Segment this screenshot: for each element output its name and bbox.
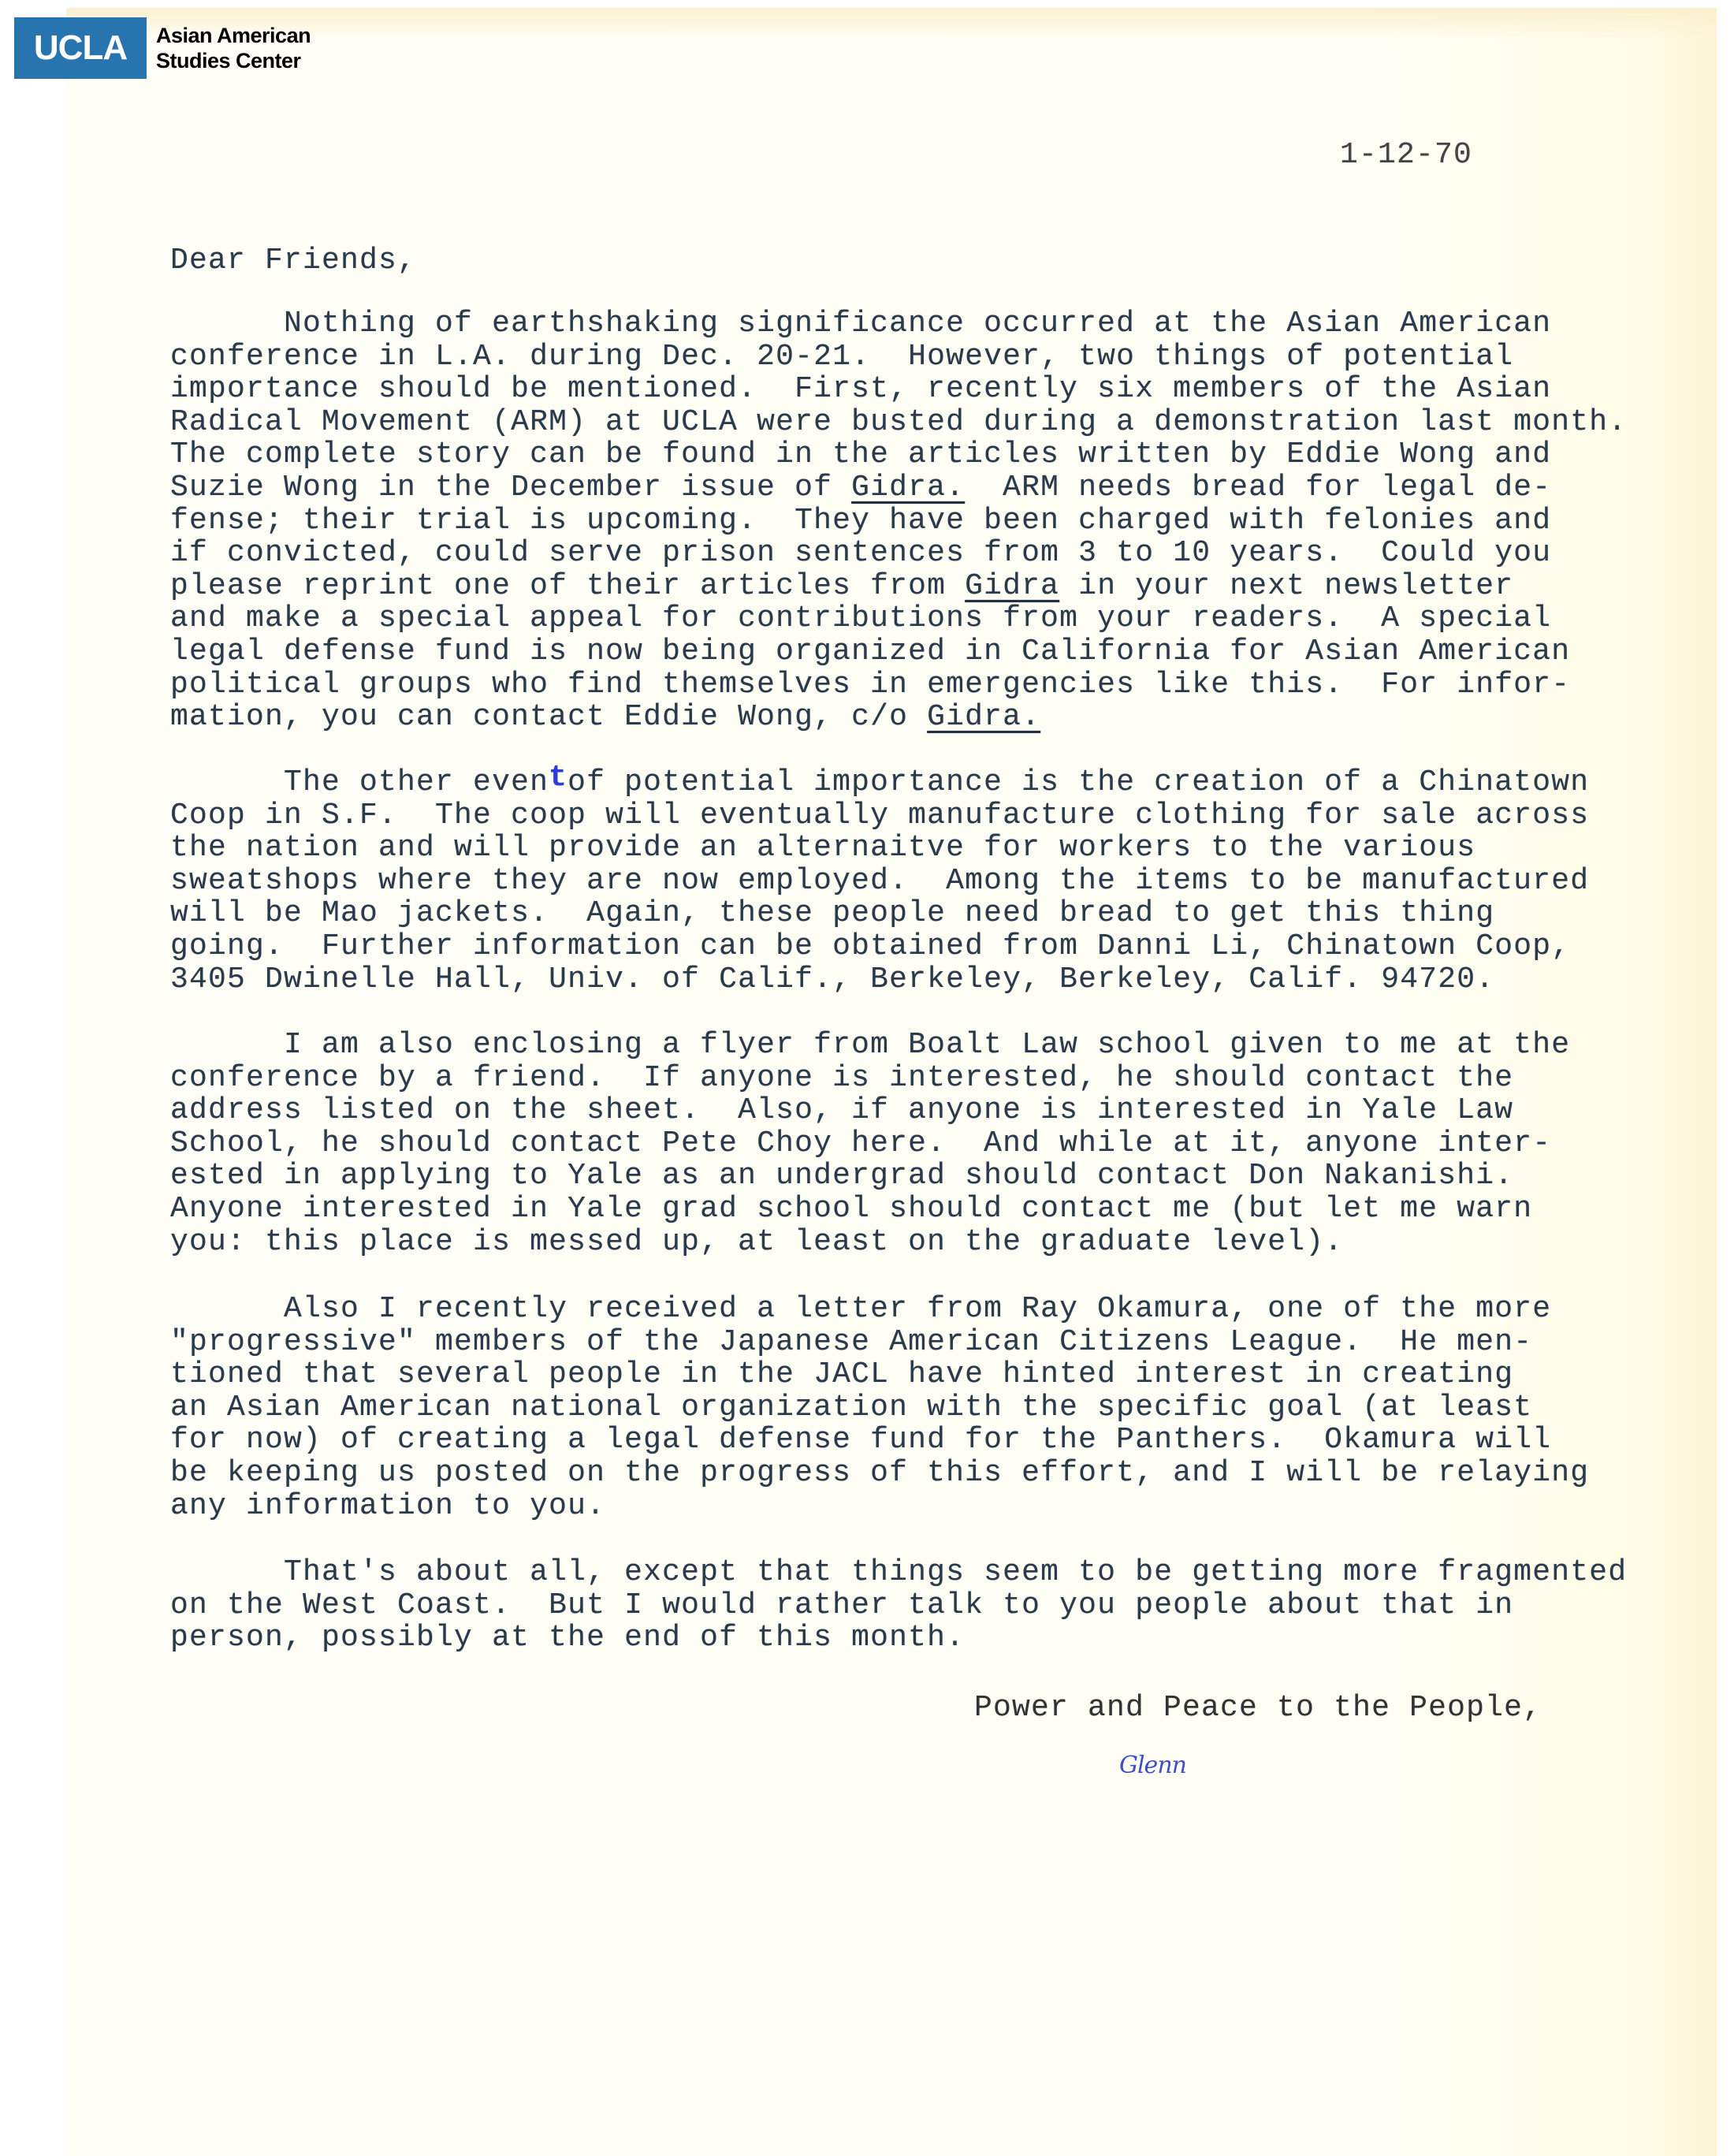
text-line: ested in applying to Yale as an undergra…	[170, 1160, 1570, 1193]
text-line: The complete story can be found in the a…	[170, 438, 1627, 471]
text-line: tioned that several people in the JACL h…	[170, 1358, 1589, 1391]
text-line: an Asian American national organization …	[170, 1391, 1589, 1424]
paragraph-3: I am also enclosing a flyer from Boalt L…	[170, 1029, 1570, 1258]
text-line: legal defense fund is now being organize…	[170, 635, 1627, 668]
text-line: will be Mao jackets. Again, these people…	[170, 897, 1589, 930]
text-line: That's about all, except that things see…	[170, 1556, 1627, 1589]
text-line: School, he should contact Pete Choy here…	[170, 1127, 1570, 1160]
letter-greeting: Dear Friends,	[170, 244, 416, 277]
text-line: please reprint one of their articles fro…	[170, 570, 1627, 603]
paragraph-2: The other eventof potential importance i…	[170, 766, 1589, 996]
text-line: 3405 Dwinelle Hall, Univ. of Calif., Ber…	[170, 963, 1589, 996]
text-line: importance should be mentioned. First, r…	[170, 373, 1627, 406]
letter-date: 1-12-70	[1340, 139, 1472, 172]
logo-text-line2: Studies Center	[156, 48, 311, 73]
text-line: conference in L.A. during Dec. 20-21. Ho…	[170, 341, 1627, 374]
handwritten-insertion: t	[549, 761, 567, 795]
text-line: Also I recently received a letter from R…	[170, 1293, 1589, 1326]
text-line: Radical Movement (ARM) at UCLA were bust…	[170, 406, 1627, 439]
text-line: Coop in S.F. The coop will eventually ma…	[170, 799, 1589, 832]
underlined-title: Gidra.	[851, 471, 965, 505]
text-line: if convicted, could serve prison sentenc…	[170, 537, 1627, 570]
paragraph-1: Nothing of earthshaking significance occ…	[170, 307, 1627, 734]
text-line: The other eventof potential importance i…	[170, 766, 1589, 799]
text-line: Anyone interested in Yale grad school sh…	[170, 1193, 1570, 1226]
logo-text-line1: Asian American	[156, 23, 311, 48]
text-line: political groups who find themselves in …	[170, 668, 1627, 702]
text-line: going. Further information can be obtain…	[170, 930, 1589, 963]
text-line: for now) of creating a legal defense fun…	[170, 1424, 1589, 1457]
text-line: person, possibly at the end of this mont…	[170, 1622, 1627, 1655]
text-line: and make a special appeal for contributi…	[170, 602, 1627, 635]
text-line: conference by a friend. If anyone is int…	[170, 1062, 1570, 1095]
text-line: be keeping us posted on the progress of …	[170, 1457, 1589, 1490]
underlined-title: Gidra	[965, 569, 1059, 603]
handwritten-signature: Glenn	[1119, 1752, 1186, 1779]
ucla-logo-mark: UCLA	[14, 17, 147, 79]
text-line: Suzie Wong in the December issue of Gidr…	[170, 471, 1627, 505]
text-line: on the West Coast. But I would rather ta…	[170, 1589, 1627, 1622]
letter-closing: Power and Peace to the People,	[974, 1692, 1542, 1725]
text-line: mation, you can contact Eddie Wong, c/o …	[170, 701, 1627, 734]
underlined-title: Gidra.	[927, 700, 1040, 734]
logo-text: Asian American Studies Center	[156, 23, 311, 73]
paragraph-4: Also I recently received a letter from R…	[170, 1293, 1589, 1522]
text-line: Nothing of earthshaking significance occ…	[170, 307, 1627, 341]
text-line: the nation and will provide an alternait…	[170, 832, 1589, 865]
text-line: address listed on the sheet. Also, if an…	[170, 1094, 1570, 1127]
text-line: I am also enclosing a flyer from Boalt L…	[170, 1029, 1570, 1062]
text-line: sweatshops where they are now employed. …	[170, 865, 1589, 898]
paragraph-5: That's about all, except that things see…	[170, 1556, 1627, 1655]
text-line: you: this place is messed up, at least o…	[170, 1226, 1570, 1259]
ucla-aasc-logo: UCLA Asian American Studies Center	[14, 17, 311, 79]
text-line: any information to you.	[170, 1490, 1589, 1523]
text-line: fense; their trial is upcoming. They hav…	[170, 505, 1627, 538]
text-line: "progressive" members of the Japanese Am…	[170, 1326, 1589, 1359]
